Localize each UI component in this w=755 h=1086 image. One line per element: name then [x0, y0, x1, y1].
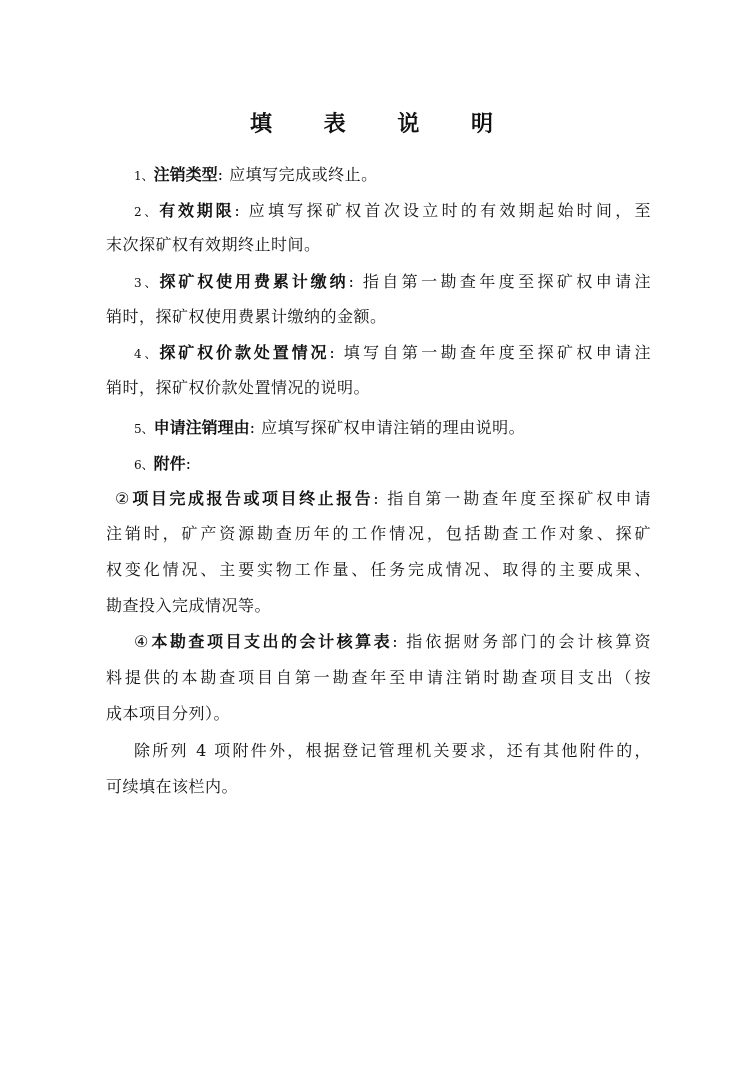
- item-text: 填写自第一勘查年度至探矿权申请注: [344, 343, 651, 362]
- page-title: 填 表 说 明: [0, 110, 755, 140]
- item-term: 附件: [154, 454, 186, 473]
- attachment-colon: :: [373, 489, 379, 508]
- item-number: 4、: [134, 347, 159, 361]
- item-text: 应填写探矿权申请注销的理由说明。: [261, 418, 525, 437]
- item-text: 应填写探矿权首次设立时的有效期起始时间，至: [249, 201, 651, 220]
- item-number: 2、: [134, 205, 159, 219]
- attachment-term: 本勘查项目支出的会计核算表: [151, 632, 392, 651]
- item-text: 指自第一勘查年度至探矿权申请注: [363, 272, 651, 291]
- closing-line-2: 可续填在该栏内。: [106, 776, 651, 798]
- attachment-4: ④本勘查项目支出的会计核算表: 指依据财务部门的会计核算资: [134, 631, 651, 653]
- item-2: 2、有效期限: 应填写探矿权首次设立时的有效期起始时间，至: [134, 200, 651, 223]
- item-term: 有效期限: [159, 201, 234, 220]
- item-term: 探矿权使用费累计缴纳: [159, 272, 348, 291]
- attachment-text: 指依据财务部门的会计核算资: [406, 632, 651, 651]
- item-text: 应填写完成或终止。: [229, 165, 378, 184]
- item-number: 6、: [134, 458, 154, 472]
- item-3-continuation: 销时，探矿权使用费累计缴纳的金额。: [106, 306, 651, 328]
- attachment-marker: ②: [115, 489, 132, 508]
- attachment-text: 指自第一勘查年度至探矿权申请: [387, 489, 651, 508]
- item-colon: :: [186, 454, 192, 473]
- item-colon: :: [218, 165, 224, 184]
- attachment-term: 项目完成报告或项目终止报告: [132, 489, 373, 508]
- attachment-2-line-3: 权变化情况、主要实物工作量、任务完成情况、取得的主要成果、: [106, 559, 651, 581]
- item-term: 探矿权价款处置情况: [159, 343, 329, 362]
- item-3: 3、探矿权使用费累计缴纳: 指自第一勘查年度至探矿权申请注: [134, 271, 651, 294]
- item-term: 注销类型: [154, 165, 218, 184]
- item-5: 5、申请注销理由: 应填写探矿权申请注销的理由说明。: [134, 417, 651, 440]
- item-colon: :: [329, 343, 335, 362]
- item-colon: :: [348, 272, 354, 291]
- item-colon: :: [250, 418, 256, 437]
- item-number: 1、: [134, 169, 154, 183]
- item-4: 4、探矿权价款处置情况: 填写自第一勘查年度至探矿权申请注: [134, 342, 651, 365]
- attachment-2-line-4: 勘查投入完成情况等。: [106, 595, 651, 617]
- attachment-2-line-2: 注销时，矿产资源勘查历年的工作情况，包括勘查工作对象、探矿: [106, 523, 651, 545]
- item-2-continuation: 末次探矿权有效期终止时间。: [106, 234, 651, 256]
- item-4-continuation: 销时，探矿权价款处置情况的说明。: [106, 377, 651, 399]
- item-colon: :: [234, 201, 240, 220]
- attachment-2: ②项目完成报告或项目终止报告: 指自第一勘查年度至探矿权申请: [115, 488, 651, 510]
- attachment-marker: ④: [134, 632, 151, 651]
- item-1: 1、注销类型: 应填写完成或终止。: [134, 164, 651, 187]
- closing-line-1: 除所列 4 项附件外，根据登记管理机关要求，还有其他附件的，: [134, 740, 651, 762]
- document-page: 填 表 说 明 1、注销类型: 应填写完成或终止。 2、有效期限: 应填写探矿权…: [0, 0, 755, 1086]
- item-term: 申请注销理由: [154, 418, 250, 437]
- item-6: 6、附件:: [134, 453, 651, 476]
- attachment-4-line-3: 成本项目分列）。: [106, 703, 651, 725]
- item-number: 5、: [134, 422, 154, 436]
- attachment-4-line-2: 料提供的本勘查项目自第一勘查年至申请注销时勘查项目支出（按: [106, 667, 651, 689]
- attachment-colon: :: [392, 632, 398, 651]
- item-number: 3、: [134, 276, 159, 290]
